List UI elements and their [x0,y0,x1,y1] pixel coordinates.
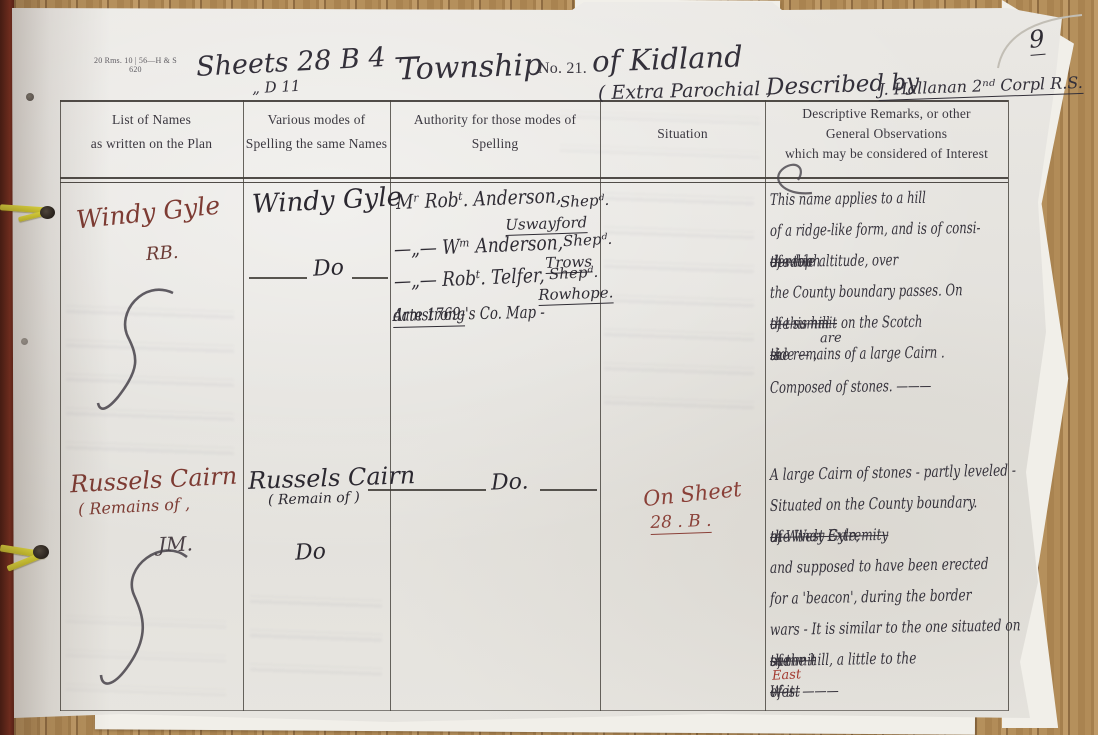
ditto-rule [540,489,597,491]
ditto-rule [368,489,486,491]
column-header-spelling-line1: Various modes of [243,112,390,128]
ink-flourish [88,285,188,420]
ink-flourish [92,545,202,695]
column-header-names-line1: List of Names [60,112,243,128]
ditto-rule [249,277,307,279]
table-top-rule [60,100,1008,102]
table-vline [60,100,61,711]
column-header-remarks-line1: Descriptive Remarks, or other [765,106,1008,122]
header-bottom-rule2 [60,182,1008,183]
column-header-names-line2: as written on the Plan [60,136,243,152]
township-number: No. 21. [538,60,587,78]
entry2-authority-ditto: Do. [491,469,529,495]
binding-hole [33,545,49,559]
entry1-authority1-role: Shepᵈ. [560,191,610,212]
column-header-authority-line2: Spelling [390,136,600,152]
table-bottom-rule [60,710,1008,711]
stamp-line2: 620 [94,65,177,74]
entry2-remarks-line4: and supposed to have been erected [770,554,989,577]
punch-hole [26,93,34,101]
ink-bleed-smudge [250,575,382,687]
column-header-situation: Situation [600,126,765,142]
entry2-remarks-line2: Situated on the County boundary. [770,492,978,515]
entry2-remarks-line5: for a 'beacon', during the border [770,585,972,608]
stamp-line1: 20 Rms. 10 | 56—H & S [94,56,177,65]
entry1-spelling-ditto: Do [312,255,344,282]
entry2-spelling-ditto: Do [294,539,326,566]
parish-note: ( Extra Parochial , [598,78,773,105]
punch-hole [21,338,28,345]
entry1-initials: RB. [145,242,179,265]
entry1-remarks-line4: the County boundary passes. On [770,280,963,302]
book-spine-edge [0,0,14,735]
column-header-spelling-line2: Spelling the same Names [243,136,390,152]
entry1-authority3-role: Shepᵈ. [549,263,599,284]
table-vline [243,100,244,711]
header-bottom-rule [60,177,1008,179]
township-label: Township [397,47,542,87]
entry1-remarks-line7: Composed of stones. ——— [770,376,931,397]
ditto-rule [352,277,388,279]
ink-bleed-smudge [604,190,754,420]
photographed-name-book-page: 9 20 Rms. 10 | 56—H & S 620 Sheets 28 B … [0,0,1098,735]
column-header-remarks-line2: General Observations [765,126,1008,142]
entry1-authority2-role: Shepᵈ. [563,230,613,251]
entry1-remarks-line2: of a ridge-like form, and is of consi- [770,218,981,240]
township-name: of Kidland [591,39,743,78]
binding-hole [40,206,55,219]
sheets-annotation-line2: „ D 11 [252,77,301,98]
printers-stamp: 20 Rms. 10 | 56—H & S 620 [94,56,177,74]
entry1-remarks-line1: This name applies to a hill [770,188,926,209]
entry2-spelling-qualifier: ( Remain of ) [268,489,360,508]
column-header-authority-line1: Authority for those modes of [390,112,600,128]
